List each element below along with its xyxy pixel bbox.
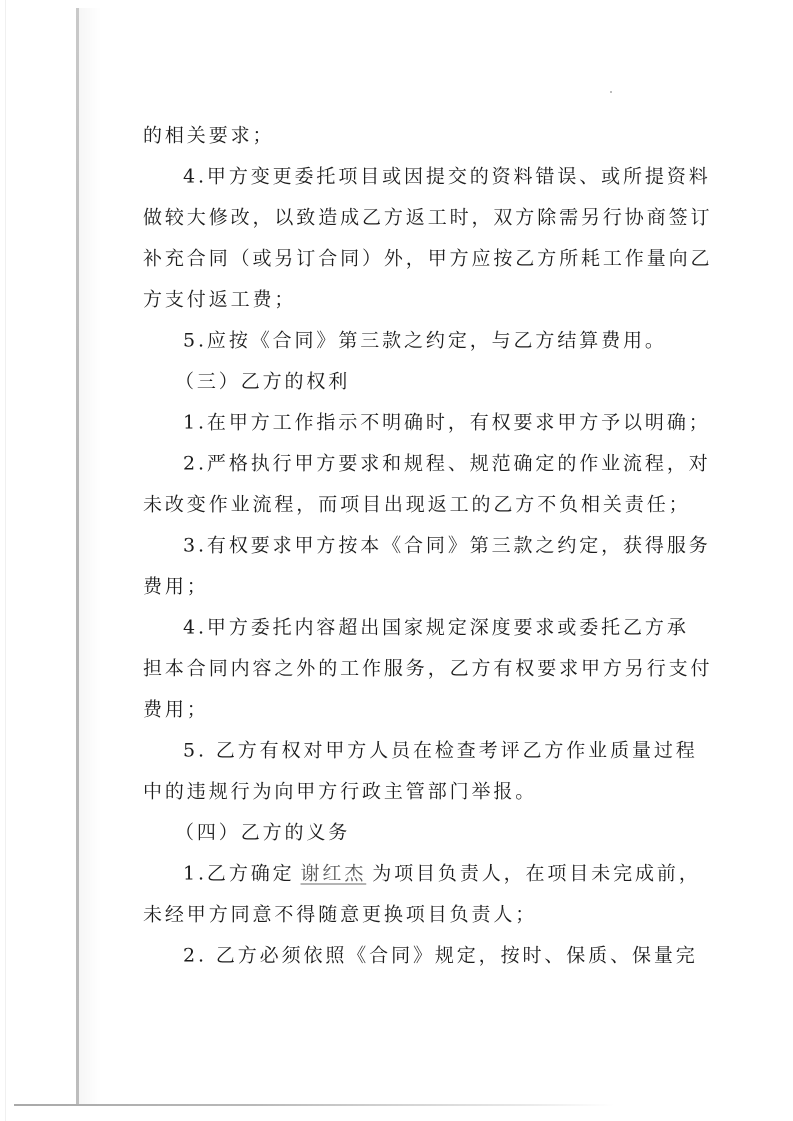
clause-c1-suffix: 为项目负责人，在项目未完成前， [372,863,701,885]
section-heading-party-b-obligations: （四）乙方的义务 [175,813,350,854]
paragraph-line: 费用； [143,690,209,731]
clause-c1-prefix: 1.乙方确定 [183,863,295,885]
paragraph-line: 做较大修改，以致造成乙方返工时，双方除需另行协商签订 [143,198,712,239]
paragraph-line: 中的违规行为向甲方行政主管部门举报。 [143,772,537,813]
project-lead-name-field: 谢红杰 [295,863,373,885]
scan-speck [610,91,612,93]
clause-b2-line: 2.严格执行甲方要求和规程、规范确定的作业流程，对 [183,444,711,485]
paragraph-line: 补充合同（或另订合同）外，甲方应按乙方所耗工作量向乙 [143,239,712,280]
clause-b1-line: 1.在甲方工作指示不明确时，有权要求甲方予以明确； [183,403,711,444]
clause-c2-line: 2. 乙方必须依照《合同》规定，按时、保质、保量完 [183,936,698,977]
clause-b4-line: 4.甲方委托内容超出国家规定深度要求或委托乙方承 [183,608,689,649]
paragraph-line: 费用； [143,567,209,608]
bottom-scan-edge [14,1104,614,1106]
section-heading-party-b-rights: （三）乙方的权利 [175,362,350,403]
paragraph-line: 未经甲方同意不得随意更换项目负责人； [143,895,537,936]
clause-b5-line: 5. 乙方有权对甲方人员在检查考评乙方作业质量过程 [183,731,698,772]
paragraph-line: 的相关要求； [143,116,274,157]
binding-line [76,8,79,1106]
clause-b3-line: 3.有权要求甲方按本《合同》第三款之约定，获得服务 [183,526,711,567]
clause-a5-line: 5.应按《合同》第三款之约定，与乙方结算费用。 [183,321,667,362]
scan-edge-line [5,0,6,1121]
paragraph-line: 方支付返工费； [143,280,296,321]
clause-a4-line: 4.甲方变更委托项目或因提交的资料错误、或所提资料 [183,157,711,198]
paragraph-line: 担本合同内容之外的工作服务，乙方有权要求甲方另行支付 [143,649,712,690]
clause-c1-line: 1.乙方确定谢红杰为项目负责人，在项目未完成前， [183,854,701,895]
paragraph-line: 未改变作业流程，而项目出现返工的乙方不负相关责任； [143,485,691,526]
binding-shadow [79,8,101,1106]
